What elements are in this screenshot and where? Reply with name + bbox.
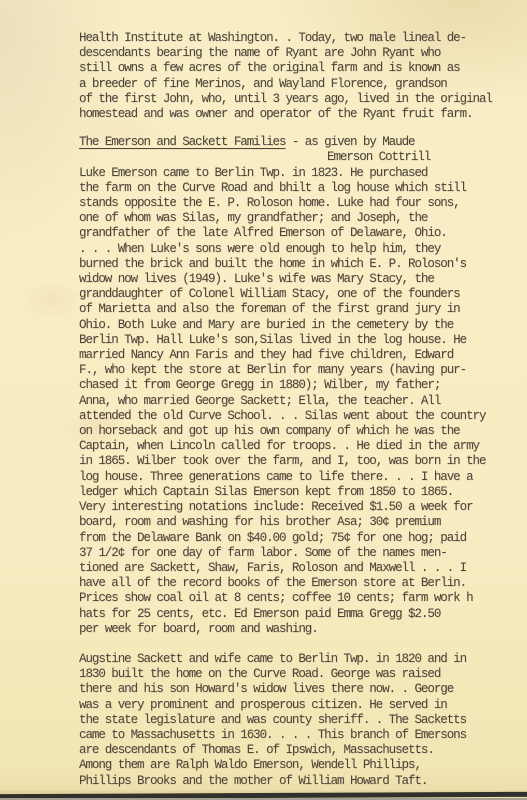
- paragraph-luke-emerson: Luke Emerson came to Berlin Twp. in 1823…: [79, 166, 503, 637]
- section-heading-byline: Emerson Cottrill: [79, 150, 503, 165]
- section-heading-attribution: - as given by Maude: [285, 135, 414, 149]
- paragraph-augstine-sackett: Augstine Sackett and wife came to Berlin…: [79, 652, 503, 789]
- scanned-document-page: Health Institute at Washington. . Today,…: [0, 0, 527, 800]
- paragraph-ryant-family: Health Institute at Washington. . Today,…: [79, 31, 503, 122]
- section-heading-title: The Emerson and Sackett Families: [79, 135, 285, 149]
- section-heading: The Emerson and Sackett Families - as gi…: [79, 135, 503, 150]
- typewritten-text-block: Health Institute at Washington. . Today,…: [79, 31, 503, 789]
